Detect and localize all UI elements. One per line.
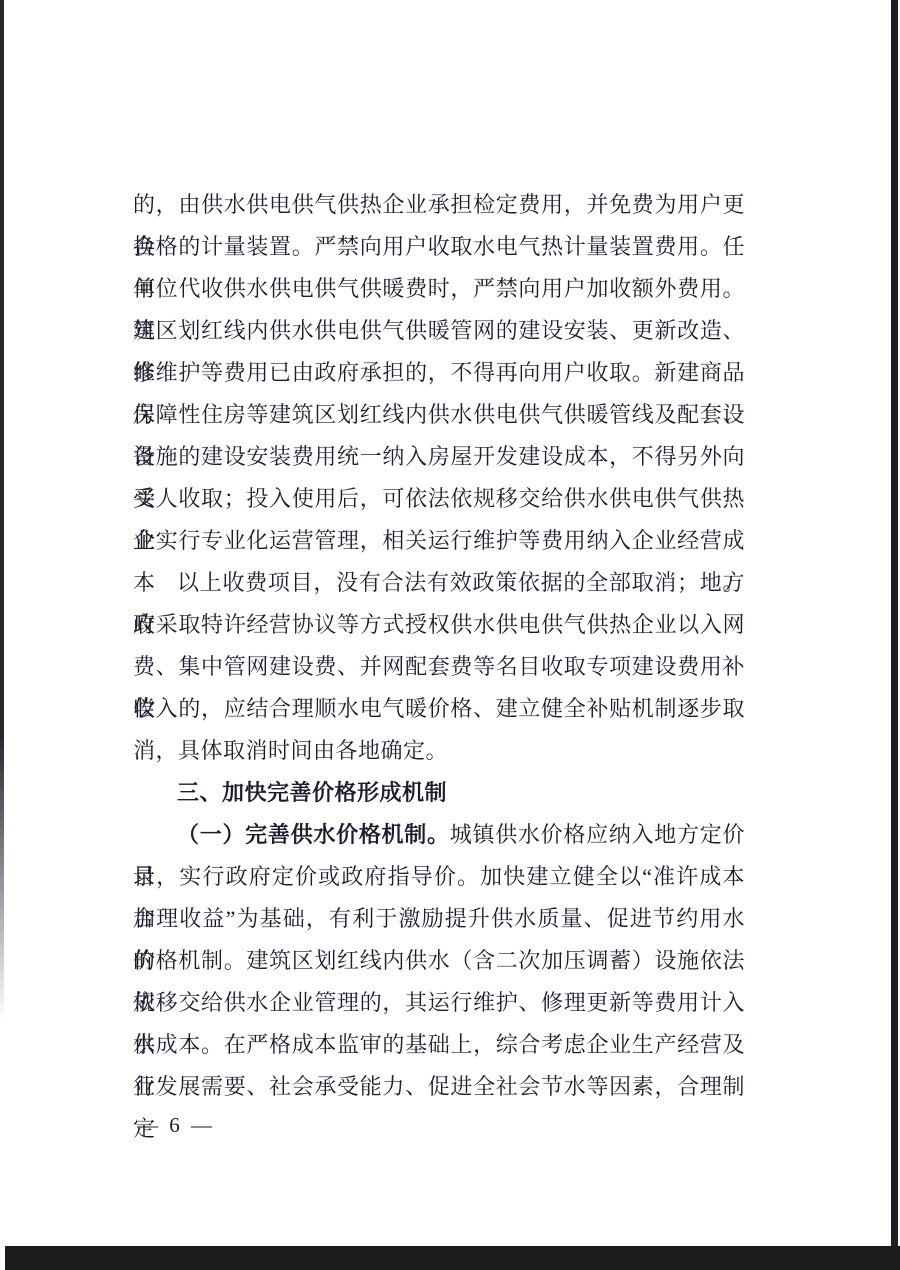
text-line: 业发展需要、社会承受能力、促进全社会节水等因素，合理制定: [133, 1066, 745, 1108]
scan-edge-right: [891, 0, 898, 1270]
section-heading: 三、加快完善价格形成机制: [133, 772, 745, 814]
text-line: 录，实行政府定价或政府指导价。加快建立健全以“准许成本加: [133, 856, 745, 898]
text-line: 保障性住房等建筑区划红线内供水供电供气供暖管线及配套设备: [133, 394, 745, 436]
document-body: 的，由供水供电供气供热企业承担检定费用，并免费为用户更换 合格的计量装置。严禁向…: [133, 184, 745, 1108]
text-line: 的，由供水供电供气供热企业承担检定费用，并免费为用户更换: [133, 184, 745, 226]
text-line: 规移交给供水企业管理的，其运行维护、修理更新等费用计入供: [133, 982, 745, 1024]
text-line: 受人收取；投入使用后，可依法依规移交给供水供电供气供热企: [133, 478, 745, 520]
text-line: 筑区划红线内供水供电供气供暖管网的建设安装、更新改造、维: [133, 310, 745, 352]
text-line: 收入的，应结合理顺水电气暖价格、建立健全补贴机制逐步取: [133, 688, 745, 730]
text-line: 府采取特许经营协议等方式授权供水供电供气供热企业以入网: [133, 604, 745, 646]
text-line: 合格的计量装置。严禁向用户收取水电气热计量装置费用。任何: [133, 226, 745, 268]
text-line: 设施的建设安装费用统一纳入房屋开发建设成本，不得另外向买: [133, 436, 745, 478]
text-line: 价格机制。建筑区划红线内供水（含二次加压调蓄）设施依法依: [133, 940, 745, 982]
text-line: 修维护等费用已由政府承担的，不得再向用户收取。新建商品房、: [133, 352, 745, 394]
text-line: 消，具体取消时间由各地确定。: [133, 730, 745, 772]
text-line: 费、集中管网建设费、并网配套费等名目收取专项建设费用补偿: [133, 646, 745, 688]
text-line: （一）完善供水价格机制。城镇供水价格应纳入地方定价目: [133, 814, 745, 856]
text-line: 水成本。在严格成本监审的基础上，综合考虑企业生产经营及行: [133, 1024, 745, 1066]
scan-edge-bottom: [5, 1246, 900, 1270]
text-line: 以上收费项目，没有合法有效政策依据的全部取消；地方政: [133, 562, 745, 604]
item-heading-lead: （一）完善供水价格机制。: [177, 822, 450, 847]
text-line: 单位代收供水供电供气供暖费时，严禁向用户加收额外费用。建: [133, 268, 745, 310]
scanned-document-page: 的，由供水供电供气供热企业承担检定费用，并免费为用户更换 合格的计量装置。严禁向…: [0, 0, 900, 1270]
text-line: 业实行专业化运营管理，相关运行维护等费用纳入企业经营成本。: [133, 520, 745, 562]
scan-edge-left: [0, 0, 4, 1020]
page-number: — 6 —: [137, 1110, 215, 1140]
text-line: 合理收益”为基础，有利于激励提升供水质量、促进节约用水的: [133, 898, 745, 940]
